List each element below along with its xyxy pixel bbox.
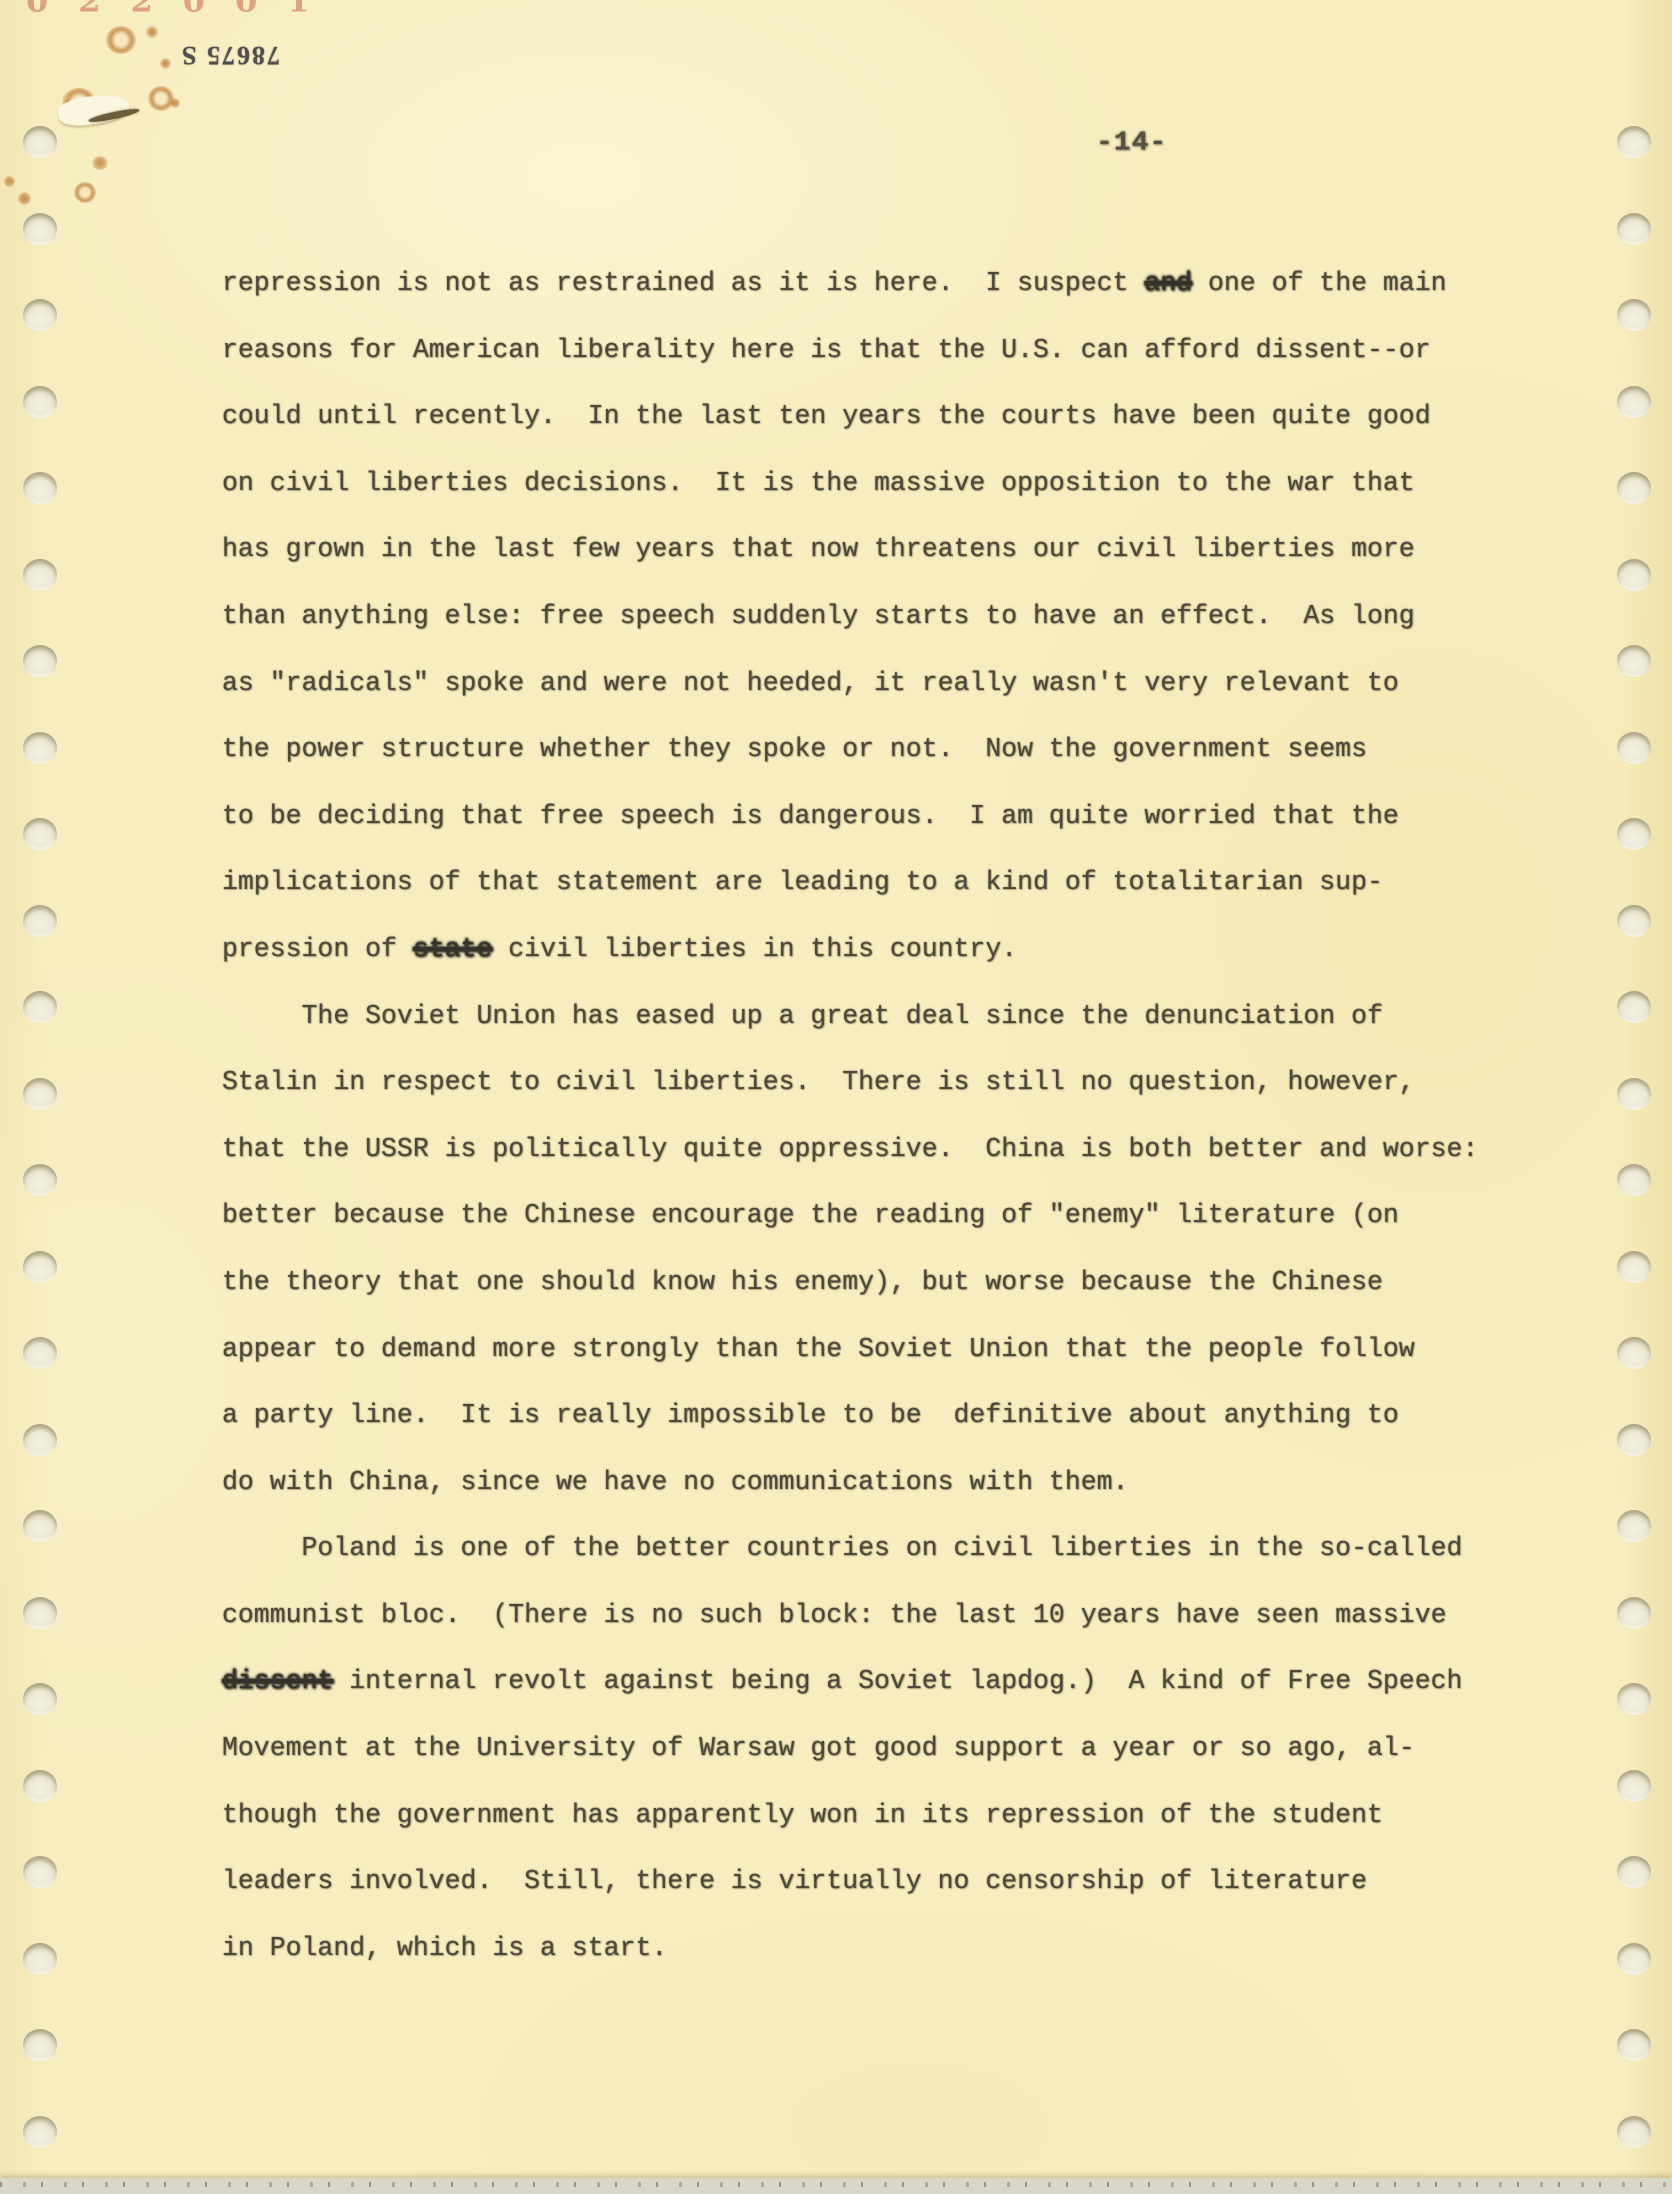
punch-hole	[23, 1856, 57, 1888]
punch-hole	[23, 818, 57, 850]
punch-hole	[1617, 1424, 1651, 1456]
punch-hole	[1617, 1856, 1651, 1888]
struck-word: and	[1144, 268, 1192, 298]
punch-hole	[1617, 386, 1651, 418]
rust-stain	[160, 58, 171, 69]
typewritten-line: pression of state civil liberties in thi…	[222, 916, 1522, 983]
punch-hole	[1617, 991, 1651, 1023]
punch-hole	[23, 1164, 57, 1196]
rust-stain	[146, 26, 158, 38]
punch-hole	[23, 1683, 57, 1715]
punch-hole	[1617, 472, 1651, 504]
typewritten-line: Stalin in respect to civil liberties. Th…	[222, 1049, 1522, 1116]
rust-stain	[106, 26, 136, 54]
line-text: in Poland, which is a start.	[222, 1933, 667, 1963]
punch-hole	[23, 1770, 57, 1802]
punch-hole	[1617, 1770, 1651, 1802]
line-text: to be deciding that free speech is dange…	[222, 801, 1399, 831]
typewritten-line: a party line. It is really impossible to…	[222, 1382, 1522, 1449]
punch-hole	[1617, 1251, 1651, 1283]
line-text: has grown in the last few years that now…	[222, 534, 1415, 564]
typewritten-line: communist bloc. (There is no such block:…	[222, 1582, 1522, 1649]
punch-hole	[1617, 2116, 1651, 2148]
line-text: on civil liberties decisions. It is the …	[222, 468, 1415, 498]
punch-hole	[23, 1078, 57, 1110]
struck-word: state	[413, 934, 493, 964]
punch-hole	[23, 386, 57, 418]
line-text: the power structure whether they spoke o…	[222, 734, 1367, 764]
punch-hole	[1617, 732, 1651, 764]
line-text: one of the main	[1192, 268, 1446, 298]
punch-hole	[23, 2029, 57, 2061]
punch-hole	[1617, 1078, 1651, 1110]
punch-hole	[23, 1424, 57, 1456]
punch-hole	[23, 905, 57, 937]
punch-hole	[23, 1943, 57, 1975]
line-text: Stalin in respect to civil liberties. Th…	[222, 1067, 1415, 1097]
punch-hole	[1617, 1337, 1651, 1369]
rust-stain	[18, 192, 31, 205]
line-text: The Soviet Union has eased up a great de…	[222, 1001, 1383, 1031]
typewritten-text: repression is not as restrained as it is…	[222, 250, 1522, 1981]
typewritten-line: that the USSR is politically quite oppre…	[222, 1116, 1522, 1183]
punch-hole	[23, 126, 57, 158]
edge-specks	[0, 2182, 1672, 2187]
line-text: do with China, since we have no communic…	[222, 1467, 1128, 1497]
line-text: Movement at the University of Warsaw got…	[222, 1733, 1415, 1763]
typewritten-line: appear to demand more strongly than the …	[222, 1316, 1522, 1383]
line-text: Poland is one of the better countries on…	[222, 1533, 1462, 1563]
red-ink-stamp: 022001	[26, 0, 340, 19]
typewritten-line: to be deciding that free speech is dange…	[222, 783, 1522, 850]
typewritten-line: in Poland, which is a start.	[222, 1915, 1522, 1982]
line-text: leaders involved. Still, there is virtua…	[222, 1866, 1367, 1896]
punch-hole	[23, 1510, 57, 1542]
punch-hole	[1617, 905, 1651, 937]
typewritten-line: better because the Chinese encourage the…	[222, 1182, 1522, 1249]
punch-hole	[1617, 1164, 1651, 1196]
rust-stain	[148, 86, 174, 111]
line-text: though the government has apparently won…	[222, 1800, 1383, 1830]
line-text: better because the Chinese encourage the…	[222, 1200, 1399, 1230]
punch-hole	[23, 1337, 57, 1369]
typewritten-line: implications of that statement are leadi…	[222, 849, 1522, 916]
punch-hole	[1617, 1597, 1651, 1629]
line-text: than anything else: free speech suddenly…	[222, 601, 1415, 631]
line-text: could until recently. In the last ten ye…	[222, 401, 1431, 431]
line-text: the theory that one should know his enem…	[222, 1267, 1383, 1297]
line-text: as "radicals" spoke and were not heeded,…	[222, 668, 1399, 698]
typewritten-line: than anything else: free speech suddenly…	[222, 583, 1522, 650]
punch-hole	[1617, 645, 1651, 677]
bottom-page-edge	[0, 2178, 1672, 2194]
typewritten-line: though the government has apparently won…	[222, 1782, 1522, 1849]
line-text: communist bloc. (There is no such block:…	[222, 1600, 1447, 1630]
punch-hole	[1617, 299, 1651, 331]
punch-hole	[1617, 2029, 1651, 2061]
punch-hole	[23, 732, 57, 764]
punch-hole	[23, 2116, 57, 2148]
line-text: implications of that statement are leadi…	[222, 867, 1383, 897]
rust-stain	[92, 156, 108, 170]
typewritten-line: has grown in the last few years that now…	[222, 516, 1522, 583]
punch-hole	[1617, 818, 1651, 850]
punch-hole	[1617, 126, 1651, 158]
line-text: internal revolt against being a Soviet l…	[333, 1666, 1462, 1696]
punch-hole	[23, 1597, 57, 1629]
line-text: appear to demand more strongly than the …	[222, 1334, 1415, 1364]
typewritten-line: reasons for American liberality here is …	[222, 317, 1522, 384]
punch-hole	[23, 991, 57, 1023]
line-text: that the USSR is politically quite oppre…	[222, 1134, 1478, 1164]
punch-hole	[1617, 213, 1651, 245]
typewritten-line: dissent internal revolt against being a …	[222, 1648, 1522, 1715]
scanned-page: { "page": { "number": "-14-", "serial_st…	[0, 0, 1672, 2194]
punch-hole	[23, 645, 57, 677]
punch-hole	[23, 1251, 57, 1283]
line-text: a party line. It is really impossible to…	[222, 1400, 1399, 1430]
typewritten-line: as "radicals" spoke and were not heeded,…	[222, 650, 1522, 717]
typewritten-line: the theory that one should know his enem…	[222, 1249, 1522, 1316]
punch-hole	[1617, 1943, 1651, 1975]
punch-hole	[23, 559, 57, 591]
struck-word: dissent	[222, 1666, 333, 1696]
line-text: repression is not as restrained as it is…	[222, 268, 1144, 298]
typewritten-line: Poland is one of the better countries on…	[222, 1515, 1522, 1582]
rust-stain	[74, 182, 96, 203]
page-number: -14-	[1096, 129, 1167, 158]
punch-hole	[23, 299, 57, 331]
rust-stain	[170, 98, 180, 108]
typewritten-line: leaders involved. Still, there is virtua…	[222, 1848, 1522, 1915]
punch-hole	[1617, 559, 1651, 591]
line-text: pression of	[222, 934, 413, 964]
typewritten-line: the power structure whether they spoke o…	[222, 716, 1522, 783]
punch-hole	[1617, 1510, 1651, 1542]
typewritten-line: The Soviet Union has eased up a great de…	[222, 983, 1522, 1050]
line-text: civil liberties in this country.	[492, 934, 1017, 964]
typewritten-line: do with China, since we have no communic…	[222, 1449, 1522, 1516]
punch-hole	[23, 213, 57, 245]
punch-hole	[23, 472, 57, 504]
rust-stain	[4, 176, 15, 187]
line-text: reasons for American liberality here is …	[222, 335, 1431, 365]
typewritten-line: on civil liberties decisions. It is the …	[222, 450, 1522, 517]
typewritten-line: Movement at the University of Warsaw got…	[222, 1715, 1522, 1782]
typewritten-line: could until recently. In the last ten ye…	[222, 383, 1522, 450]
typewritten-line: repression is not as restrained as it is…	[222, 250, 1522, 317]
punch-hole	[1617, 1683, 1651, 1715]
